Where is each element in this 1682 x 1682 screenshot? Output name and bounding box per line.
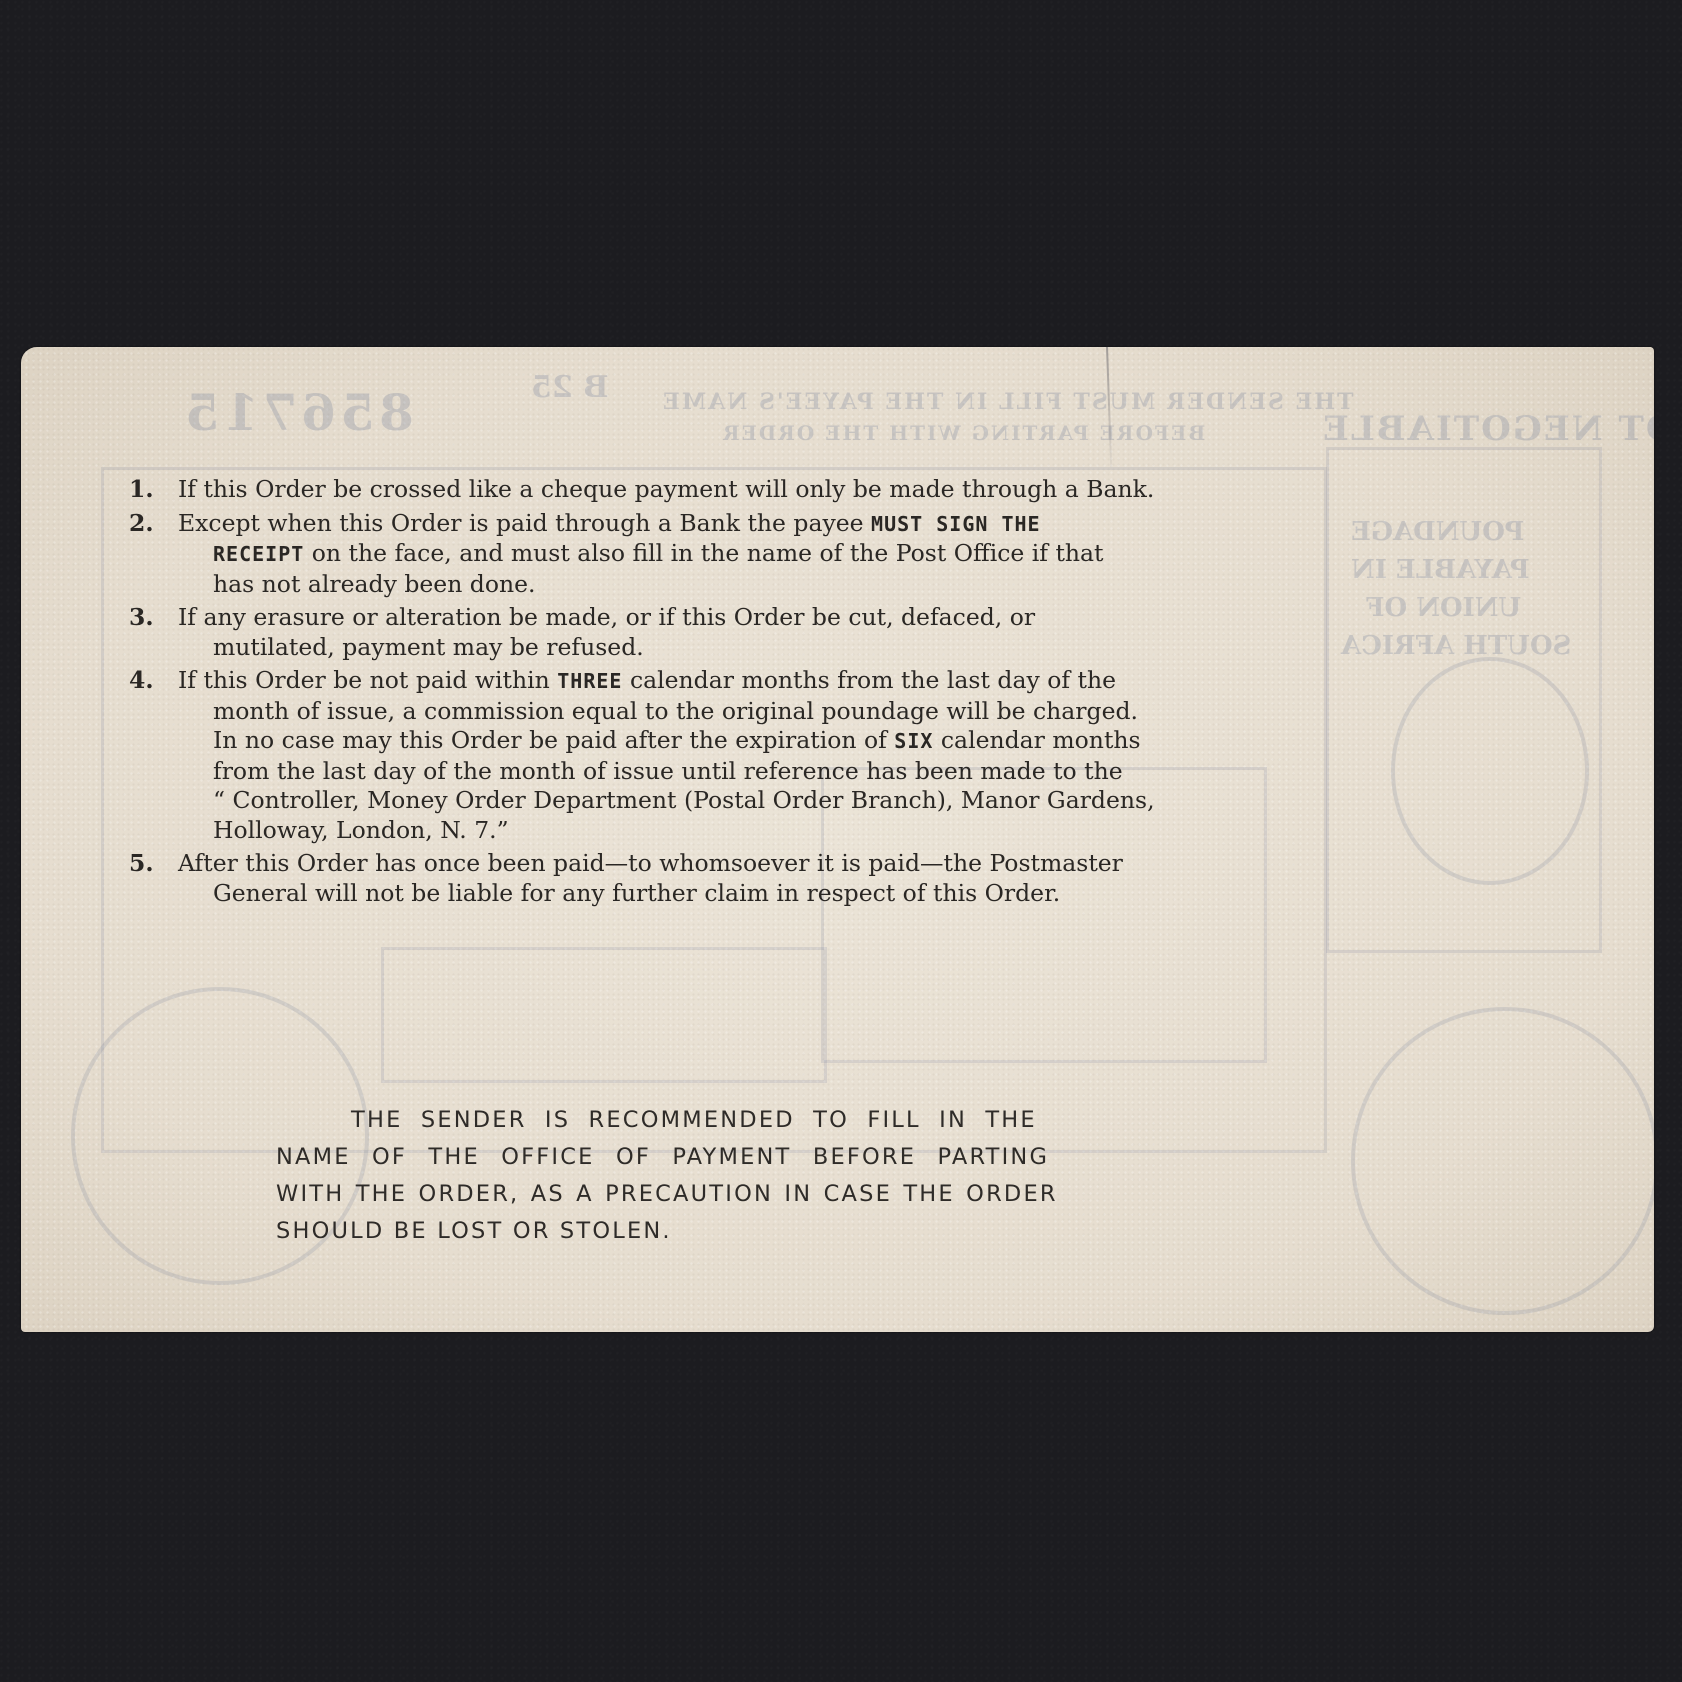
condition-number: 4. — [129, 666, 178, 845]
condition-text: Except when this Order is paid through a… — [178, 509, 1309, 600]
condition-line: General will not be liable for any furth… — [178, 879, 1309, 909]
condition-item: 1. If this Order be crossed like a chequ… — [129, 475, 1309, 505]
emphasis-must-sign: MUST SIGN THE — [871, 512, 1041, 536]
condition-text: If this Order be not paid within THREE c… — [178, 666, 1309, 845]
show-through-stamp-panel — [1326, 447, 1602, 953]
condition-item: 5. After this Order has once been paid—t… — [129, 849, 1309, 908]
condition-line: After this Order has once been paid—to w… — [178, 849, 1309, 879]
show-through-side-line-3: UNION OF — [1366, 593, 1521, 623]
condition-text: If this Order be crossed like a cheque p… — [178, 475, 1309, 505]
sender-note-line-1: THE SENDER IS RECOMMENDED TO FILL IN THE — [276, 1102, 1176, 1139]
emphasis-three: THREE — [557, 669, 622, 693]
postal-order-reverse: 856715 B 25 THE SENDER MUST FILL IN THE … — [21, 347, 1654, 1332]
condition-line: In no case may this Order be paid after … — [178, 726, 1309, 757]
condition-line: has not already been done. — [178, 570, 1309, 600]
condition-line: “ Controller, Money Order Department (Po… — [178, 786, 1309, 816]
emphasis-six: SIX — [894, 729, 933, 753]
condition-line: month of issue, a commission equal to th… — [178, 697, 1309, 727]
condition-item: 2. Except when this Order is paid throug… — [129, 509, 1309, 600]
condition-number: 3. — [129, 603, 178, 662]
show-through-header-line-2: BEFORE PARTING WITH THE ORDER — [721, 421, 1205, 445]
show-through-serial-prefix: B 25 — [531, 373, 609, 403]
show-through-watermark-circle-right — [1351, 1007, 1654, 1315]
condition-text: If any erasure or alteration be made, or… — [178, 603, 1309, 662]
condition-item: 4. If this Order be not paid within THRE… — [129, 666, 1309, 845]
condition-number: 5. — [129, 849, 178, 908]
show-through-serial-number: 856715 — [181, 383, 414, 442]
sender-note-line-3: WITH THE ORDER, AS A PRECAUTION IN CASE … — [276, 1176, 1176, 1213]
condition-number: 2. — [129, 509, 178, 600]
condition-line: If this Order be crossed like a cheque p… — [178, 475, 1309, 505]
condition-line: Except when this Order is paid through a… — [178, 509, 1309, 540]
condition-item: 3. If any erasure or alteration be made,… — [129, 603, 1309, 662]
condition-line: If this Order be not paid within THREE c… — [178, 666, 1309, 697]
show-through-side-line-1: POUNDAGE — [1351, 517, 1524, 547]
condition-text: After this Order has once been paid—to w… — [178, 849, 1309, 908]
show-through-side-line-2: PAYABLE IN — [1351, 555, 1530, 585]
conditions-list: 1. If this Order be crossed like a chequ… — [129, 475, 1309, 912]
show-through-box-left — [381, 947, 827, 1083]
emphasis-receipt: RECEIPT — [213, 542, 304, 566]
paper-crease — [1106, 347, 1112, 467]
sender-note-line-2: NAME OF THE OFFICE OF PAYMENT BEFORE PAR… — [276, 1139, 1176, 1176]
condition-number: 1. — [129, 475, 178, 505]
show-through-not-negotiable: NOT NEGOTIABLE — [1321, 409, 1654, 449]
condition-line: Holloway, London, N. 7.” — [178, 816, 1309, 846]
condition-line: mutilated, payment may be refused. — [178, 633, 1309, 663]
sender-recommendation: THE SENDER IS RECOMMENDED TO FILL IN THE… — [276, 1102, 1176, 1250]
show-through-crest — [1391, 657, 1589, 885]
sender-note-line-4: SHOULD BE LOST OR STOLEN. — [276, 1213, 1176, 1250]
condition-line: RECEIPT on the face, and must also fill … — [178, 539, 1309, 570]
condition-line: If any erasure or alteration be made, or… — [178, 603, 1309, 633]
condition-line: from the last day of the month of issue … — [178, 757, 1309, 787]
show-through-header-line-1: THE SENDER MUST FILL IN THE PAYEE'S NAME — [661, 389, 1354, 415]
show-through-side-line-4: SOUTH AFRICA — [1341, 631, 1571, 661]
